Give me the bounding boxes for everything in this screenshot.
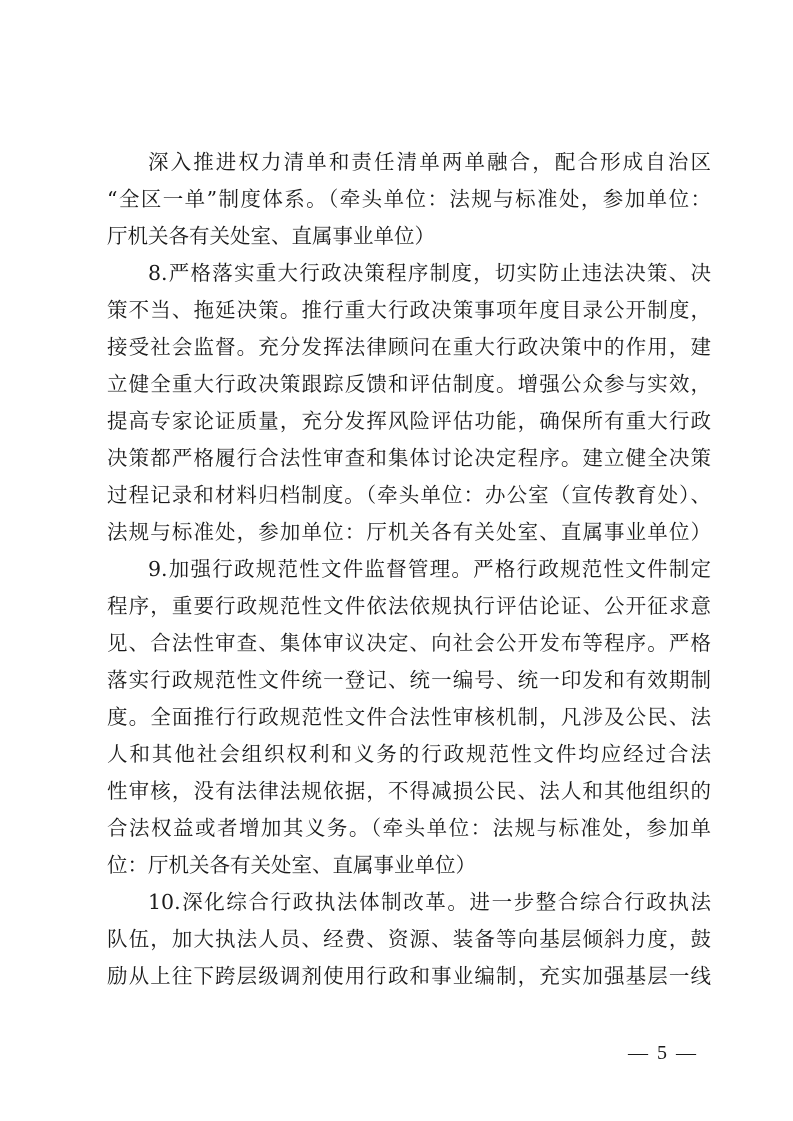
text-line: “全区一单”制度体系。（牵头单位：法规与标准处，参加单位： [107,181,711,218]
text-line: 励从上往下跨层级调剂使用行政和事业编制，充实加强基层一线 [107,958,711,995]
text-line: 过程记录和材料归档制度。（牵头单位：办公室（宣传教育处）、 [107,477,711,514]
text-line: 程序，重要行政规范性文件依法依规执行评估论证、公开征求意 [107,588,711,625]
text-line: 度。全面推行行政规范性文件合法性审核机制，凡涉及公民、法 [107,699,711,736]
text-line: 9.加强行政规范性文件监督管理。严格行政规范性文件制定 [107,551,711,588]
text-line: 深入推进权力清单和责任清单两单融合，配合形成自治区 [107,144,711,181]
paragraph-item-8: 8.严格落实重大行政决策程序制度，切实防止违法决策、决 策不当、拖延决策。推行重… [107,255,711,551]
text-line: 法规与标准处，参加单位：厅机关各有关处室、直属事业单位） [107,514,711,551]
text-line: 接受社会监督。充分发挥法律顾问在重大行政决策中的作用，建 [107,329,711,366]
text-line: 10.深化综合行政执法体制改革。进一步整合综合行政执法 [107,884,711,921]
document-page: 深入推进权力清单和责任清单两单融合，配合形成自治区 “全区一单”制度体系。（牵头… [0,0,793,1121]
text-line: 厅机关各有关处室、直属事业单位） [107,218,711,255]
text-line: 决策都严格履行合法性审查和集体讨论决定程序。建立健全决策 [107,440,711,477]
text-line: 队伍，加大执法人员、经费、资源、装备等向基层倾斜力度，鼓 [107,921,711,958]
text-line: 8.严格落实重大行政决策程序制度，切实防止违法决策、决 [107,255,711,292]
page-number: — 5 — [623,1042,703,1065]
text-line: 性审核，没有法律法规依据，不得减损公民、法人和其他组织的 [107,773,711,810]
paragraph-continued: 深入推进权力清单和责任清单两单融合，配合形成自治区 “全区一单”制度体系。（牵头… [107,144,711,255]
text-line: 合法权益或者增加其义务。（牵头单位：法规与标准处，参加单 [107,810,711,847]
text-line: 位：厅机关各有关处室、直属事业单位） [107,847,711,884]
text-line: 提高专家论证质量，充分发挥风险评估功能，确保所有重大行政 [107,403,711,440]
document-body: 深入推进权力清单和责任清单两单融合，配合形成自治区 “全区一单”制度体系。（牵头… [107,144,711,995]
text-line: 人和其他社会组织权利和义务的行政规范性文件均应经过合法 [107,736,711,773]
text-line: 策不当、拖延决策。推行重大行政决策事项年度目录公开制度， [107,292,711,329]
paragraph-item-10: 10.深化综合行政执法体制改革。进一步整合综合行政执法 队伍，加大执法人员、经费… [107,884,711,995]
text-line: 落实行政规范性文件统一登记、统一编号、统一印发和有效期制 [107,662,711,699]
text-line: 立健全重大行政决策跟踪反馈和评估制度。增强公众参与实效， [107,366,711,403]
text-line: 见、合法性审查、集体审议决定、向社会公开发布等程序。严格 [107,625,711,662]
paragraph-item-9: 9.加强行政规范性文件监督管理。严格行政规范性文件制定 程序，重要行政规范性文件… [107,551,711,884]
